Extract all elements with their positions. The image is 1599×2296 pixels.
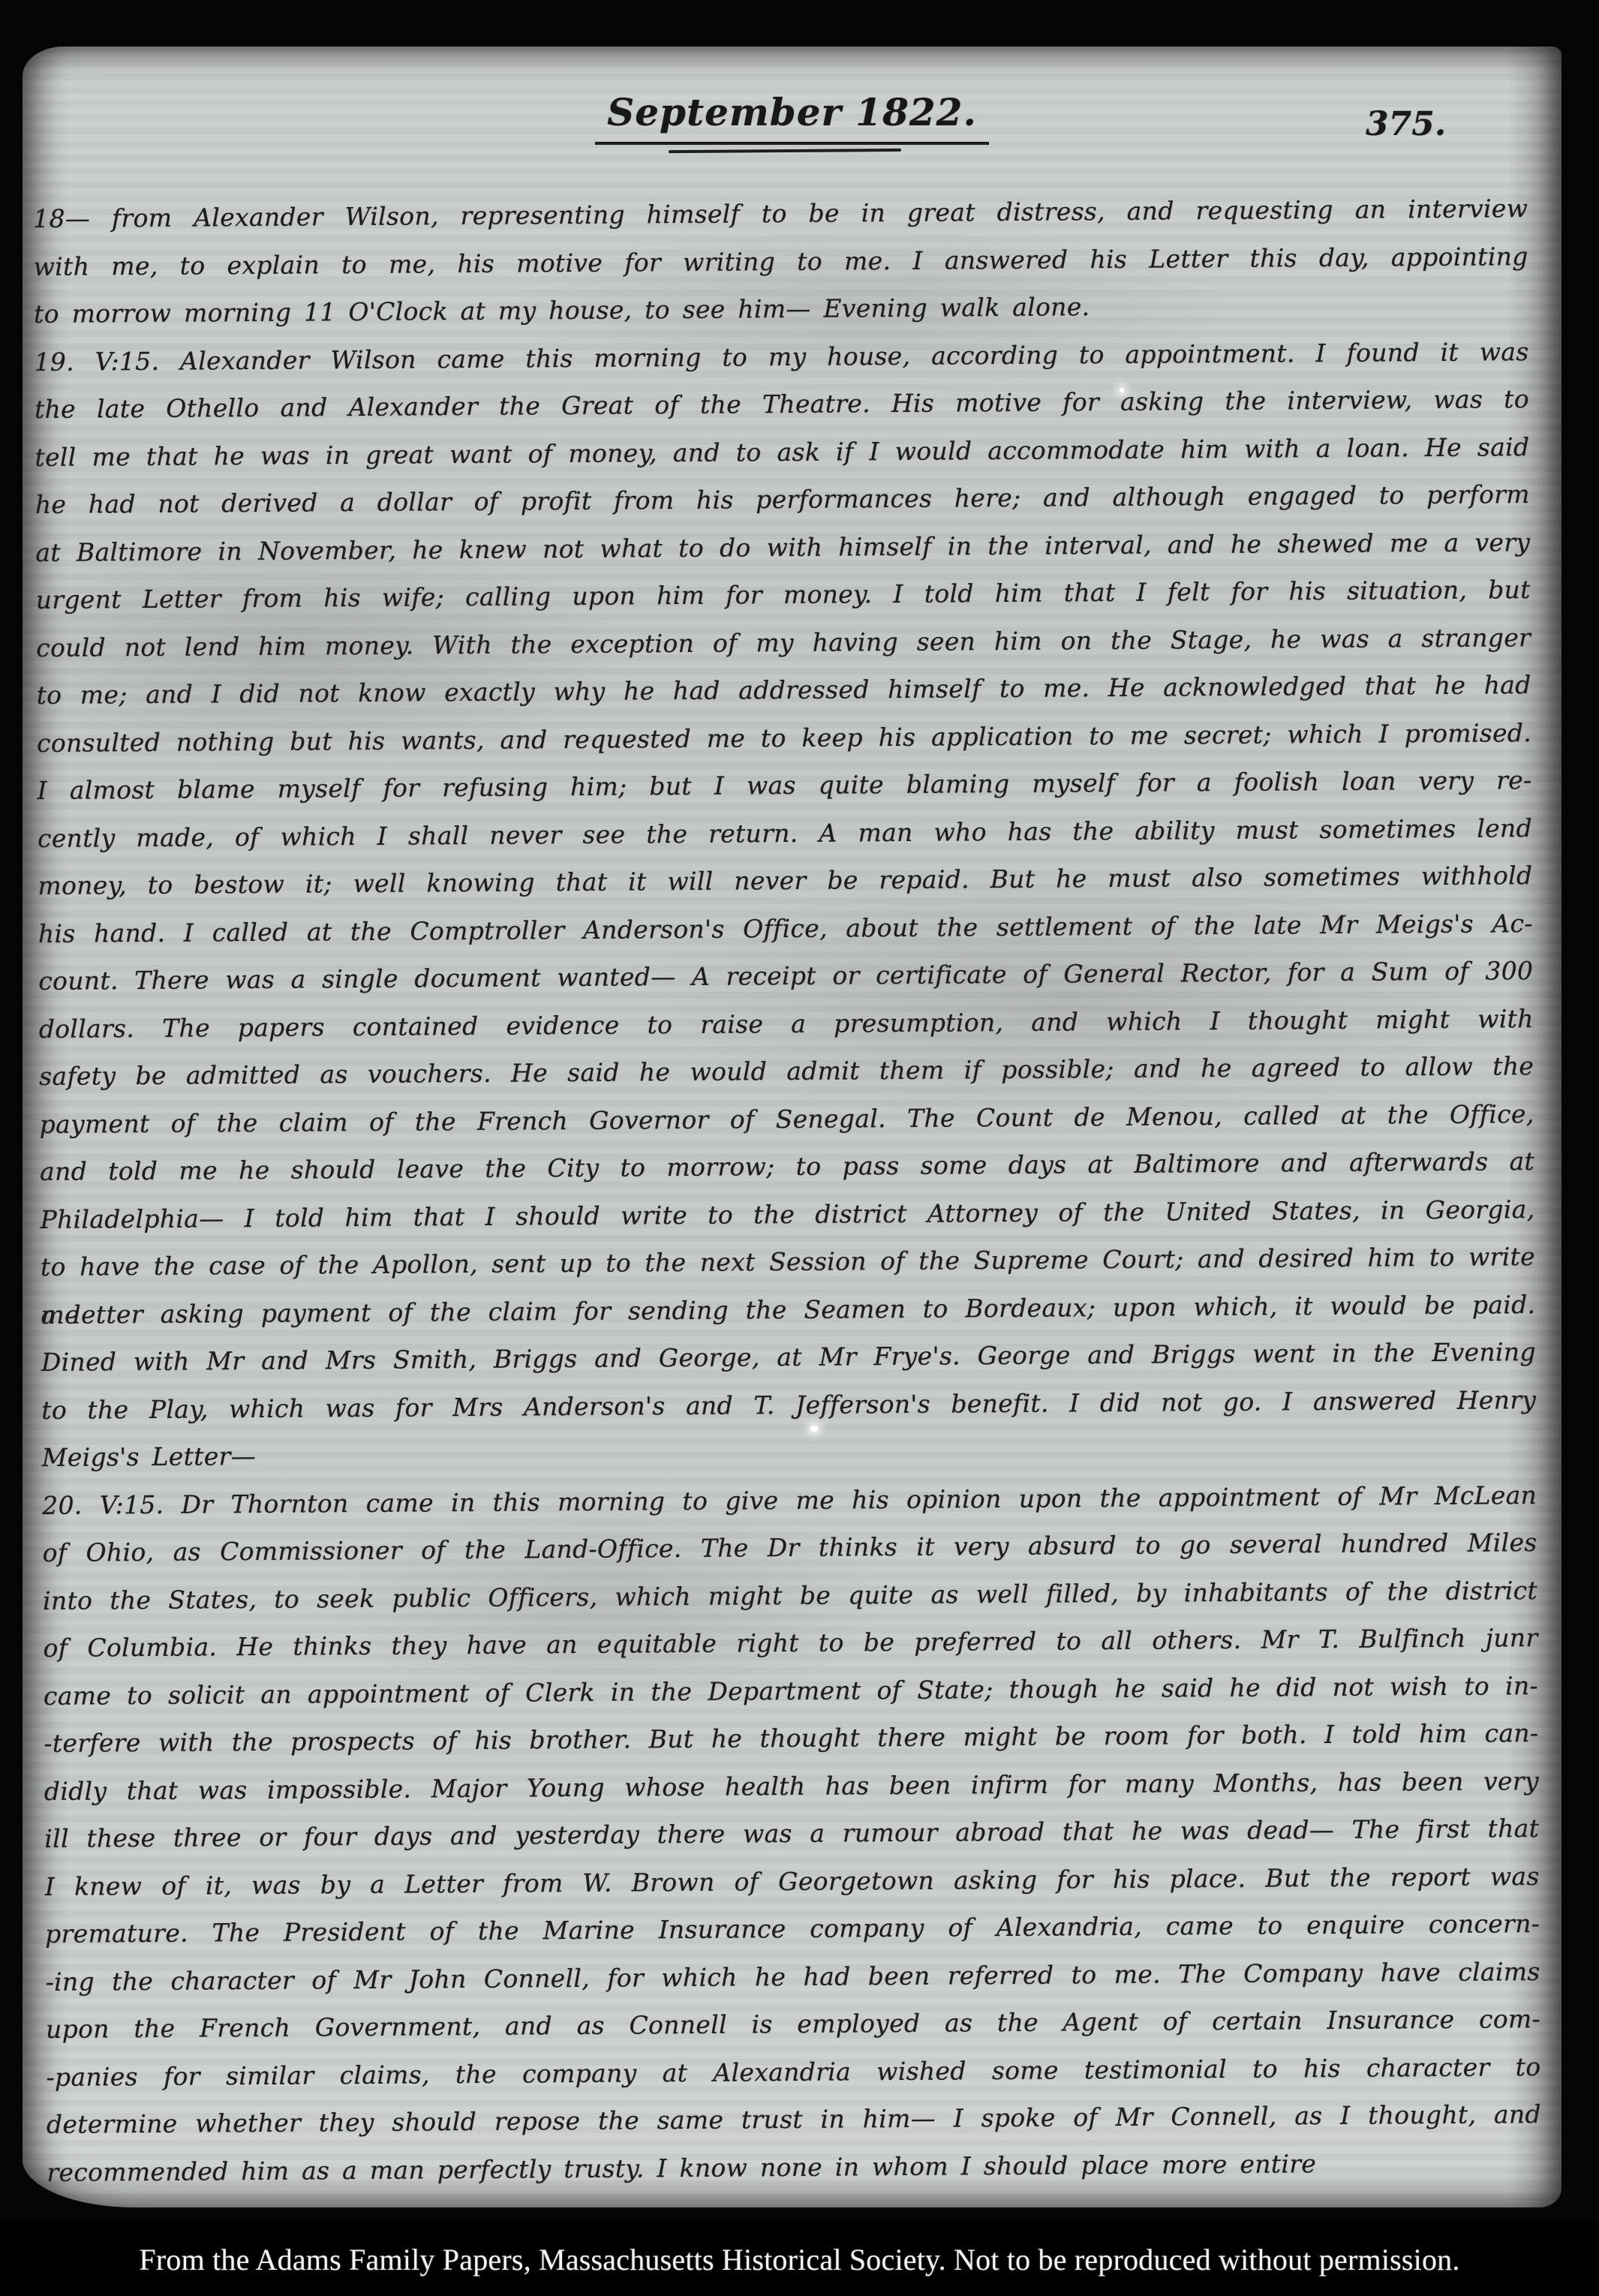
film-frame: September 1822. 375. 18— from Alexander … [0,0,1599,2296]
page-number: 375. [1366,105,1446,143]
manuscript-line: recommended him as a man perfectly trust… [47,2138,1541,2196]
scan-speck [810,1426,818,1432]
page-title: September 1822. [595,90,989,145]
scan-speck [1120,388,1124,392]
page-header: September 1822. [23,90,1561,152]
manuscript-page: September 1822. 375. 18— from Alexander … [23,47,1561,2207]
footer-bar: From the Adams Family Papers, Massachuse… [0,2222,1599,2296]
title-underline [668,149,900,153]
footer-caption: From the Adams Family Papers, Massachuse… [139,2242,1459,2277]
manuscript-body: 18— from Alexander Wilson, representing … [33,185,1542,2196]
